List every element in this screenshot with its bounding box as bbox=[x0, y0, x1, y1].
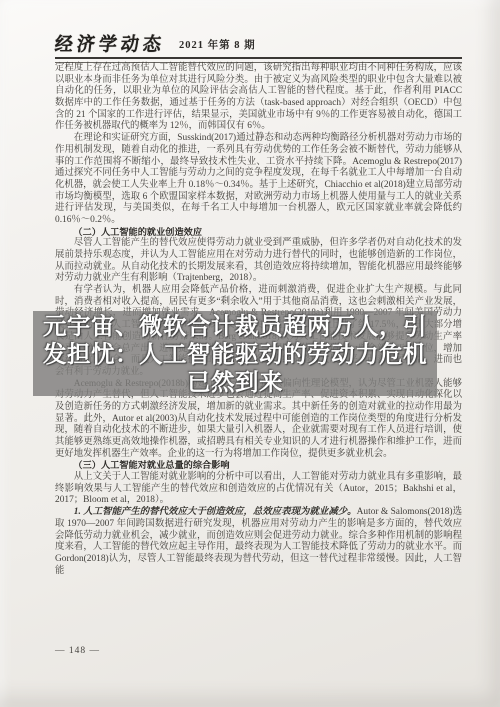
headline-line-2: 发担忧：人工智能驱动的劳动力危机 bbox=[33, 340, 437, 368]
page-number: — 148 — bbox=[55, 646, 100, 656]
headline-overlay-banner: 元宇宙、微软合计裁员超两万人，引 发担忧：人工智能驱动的劳动力危机 已然到来 bbox=[33, 311, 437, 396]
paragraph: 1. 人工智能产生的替代效应大于创造效应，总效应表现为就业减少。Autor & … bbox=[55, 507, 462, 577]
headline-line-1: 元宇宙、微软合计裁员超两万人，引 bbox=[33, 312, 437, 340]
journal-title: 经济学动态 bbox=[54, 29, 167, 56]
paragraph: 在理论和实证研究方面，Susskind(2017)通过静态和动态两种均衡路径分析… bbox=[55, 133, 462, 227]
issue-label: 2021 年第 8 期 bbox=[179, 37, 256, 52]
paragraph-lead: 1. 人工智能产生的替代效应大于创造效应，总效应表现为就业减少。 bbox=[74, 507, 357, 517]
headline-line-3: 已然到来 bbox=[33, 368, 437, 396]
scanned-journal-page: 经济学动态2021 年第 8 期 定程度上存在过高预估人工智能替代效应的问题，该… bbox=[0, 0, 500, 707]
paragraph: 从上文关于人工智能对就业影响的分析中可以看出，人工智能对劳动力就业具有多重影响，… bbox=[55, 472, 462, 507]
journal-masthead: 经济学动态2021 年第 8 期 bbox=[55, 30, 462, 56]
section-heading: （二）人工智能的就业创造效应 bbox=[55, 227, 462, 239]
paragraph: 尽管人工智能产生的替代效应使得劳动力就业受到严重威胁，但许多学者仍对自动化技术的… bbox=[55, 238, 462, 285]
section-heading: （三）人工智能对就业总量的综合影响 bbox=[55, 460, 462, 472]
paragraph: 定程度上存在过高预估人工智能替代效应的问题，该研究指出每种职业均由不同种任务构成… bbox=[55, 63, 462, 133]
